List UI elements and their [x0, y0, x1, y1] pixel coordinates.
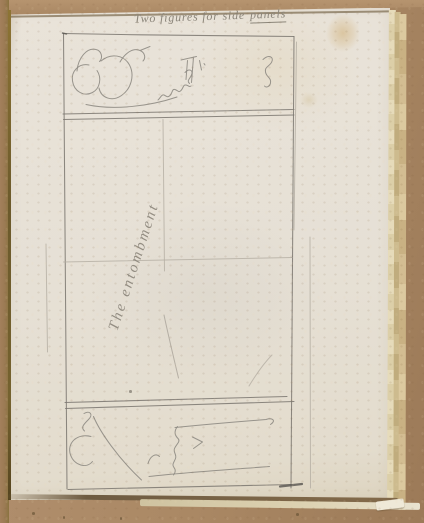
board-speck [120, 517, 122, 520]
board-speck [63, 516, 65, 519]
page-edge-stack [388, 9, 408, 504]
sketchbook-page [8, 8, 390, 500]
page-edge-layer [399, 14, 407, 510]
foxing-stain [326, 14, 360, 52]
faint-stain [300, 92, 318, 108]
sketchbook-scan: Two figures for sidepanels The entombmen… [0, 0, 424, 523]
top-inscription-underlined-word: panels [250, 6, 287, 23]
board-speck [32, 512, 35, 515]
board-speck [296, 513, 299, 516]
binding-edge-line [8, 10, 11, 500]
top-inscription-text: Two figures for side [134, 8, 245, 26]
graphite-dot [129, 390, 132, 393]
